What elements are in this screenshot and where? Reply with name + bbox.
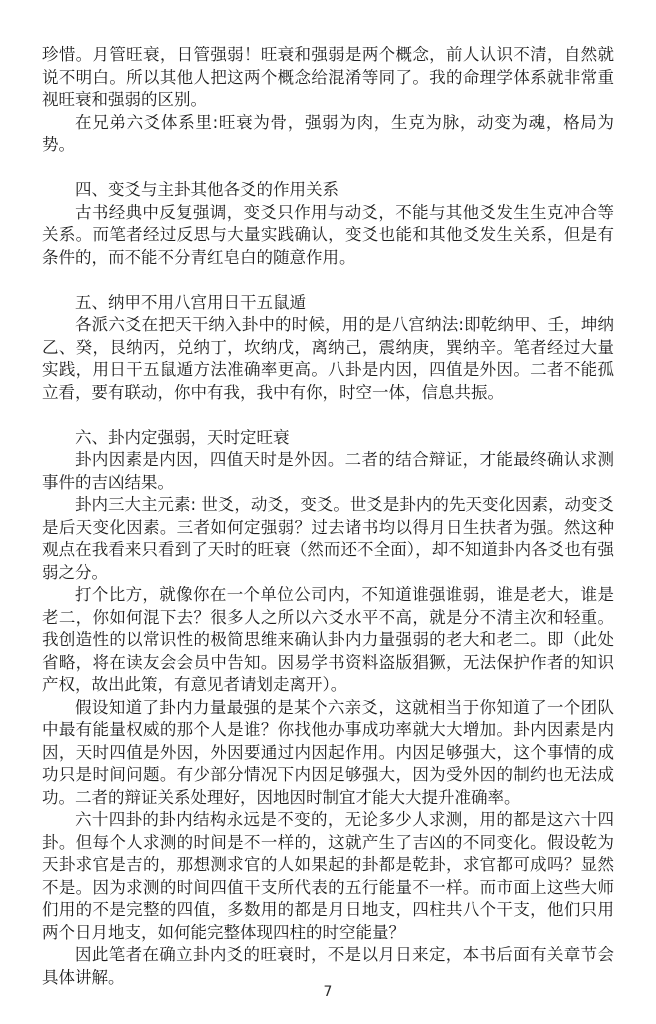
paragraph: 打个比方，就像你在一个单位公司内，不知道谁强谁弱，谁是老大，谁是老二，你如何混下… [42,584,614,697]
document-section: 五、纳甲不用八宫用日干五鼠遁各派六爻在把天干纳入卦中的时候，用的是八宫纳法:即乾… [42,292,614,405]
paragraph: 古书经典中反复强调，变爻只作用与动爻，不能与其他爻发生生克冲合等关系。而笔者经过… [42,202,614,270]
document-page: 珍惜。月管旺衰，日管强弱！旺衰和强弱是两个概念，前人认识不清，自然就说不明白。所… [0,0,656,1024]
section-heading: 六、卦内定强弱，天时定旺衰 [42,427,614,450]
page-content: 珍惜。月管旺衰，日管强弱！旺衰和强弱是两个概念，前人认识不清，自然就说不明白。所… [42,44,614,989]
paragraph: 卦内三大主元素: 世爻，动爻，变爻。世爻是卦内的先天变化因素，动变爻是后天变化因… [42,494,614,584]
document-section: 四、变爻与主卦其他各爻的作用关系古书经典中反复强调，变爻只作用与动爻，不能与其他… [42,179,614,269]
section-heading: 四、变爻与主卦其他各爻的作用关系 [42,179,614,202]
paragraph-continuation: 珍惜。月管旺衰，日管强弱！旺衰和强弱是两个概念，前人认识不清，自然就说不明白。所… [42,44,614,112]
page-number: 7 [0,984,656,1000]
document-section: 六、卦内定强弱，天时定旺衰卦内因素是内因，四值天时是外因。二者的结合辩证，才能最… [42,427,614,990]
paragraph: 在兄弟六爻体系里:旺衰为骨，强弱为肉，生克为脉，动变为魂，格局为势。 [42,112,614,157]
paragraph: 六十四卦的卦内结构永远是不变的，无论多少人求测，用的都是这六十四卦。但每个人求测… [42,809,614,944]
paragraph: 卦内因素是内因，四值天时是外因。二者的结合辩证，才能最终确认求测事件的吉凶结果。 [42,449,614,494]
section-heading: 五、纳甲不用八宫用日干五鼠遁 [42,292,614,315]
paragraph: 假设知道了卦内力量最强的是某个六亲爻，这就相当于你知道了一个团队中最有能量权威的… [42,697,614,810]
paragraph: 因此笔者在确立卦内爻的旺衰时，不是以月日来定，本书后面有关章节会具体讲解。 [42,944,614,989]
sections-container: 四、变爻与主卦其他各爻的作用关系古书经典中反复强调，变爻只作用与动爻，不能与其他… [42,179,614,989]
paragraph: 各派六爻在把天干纳入卦中的时候，用的是八宫纳法:即乾纳甲、壬，坤纳乙、癸，艮纳丙… [42,314,614,404]
